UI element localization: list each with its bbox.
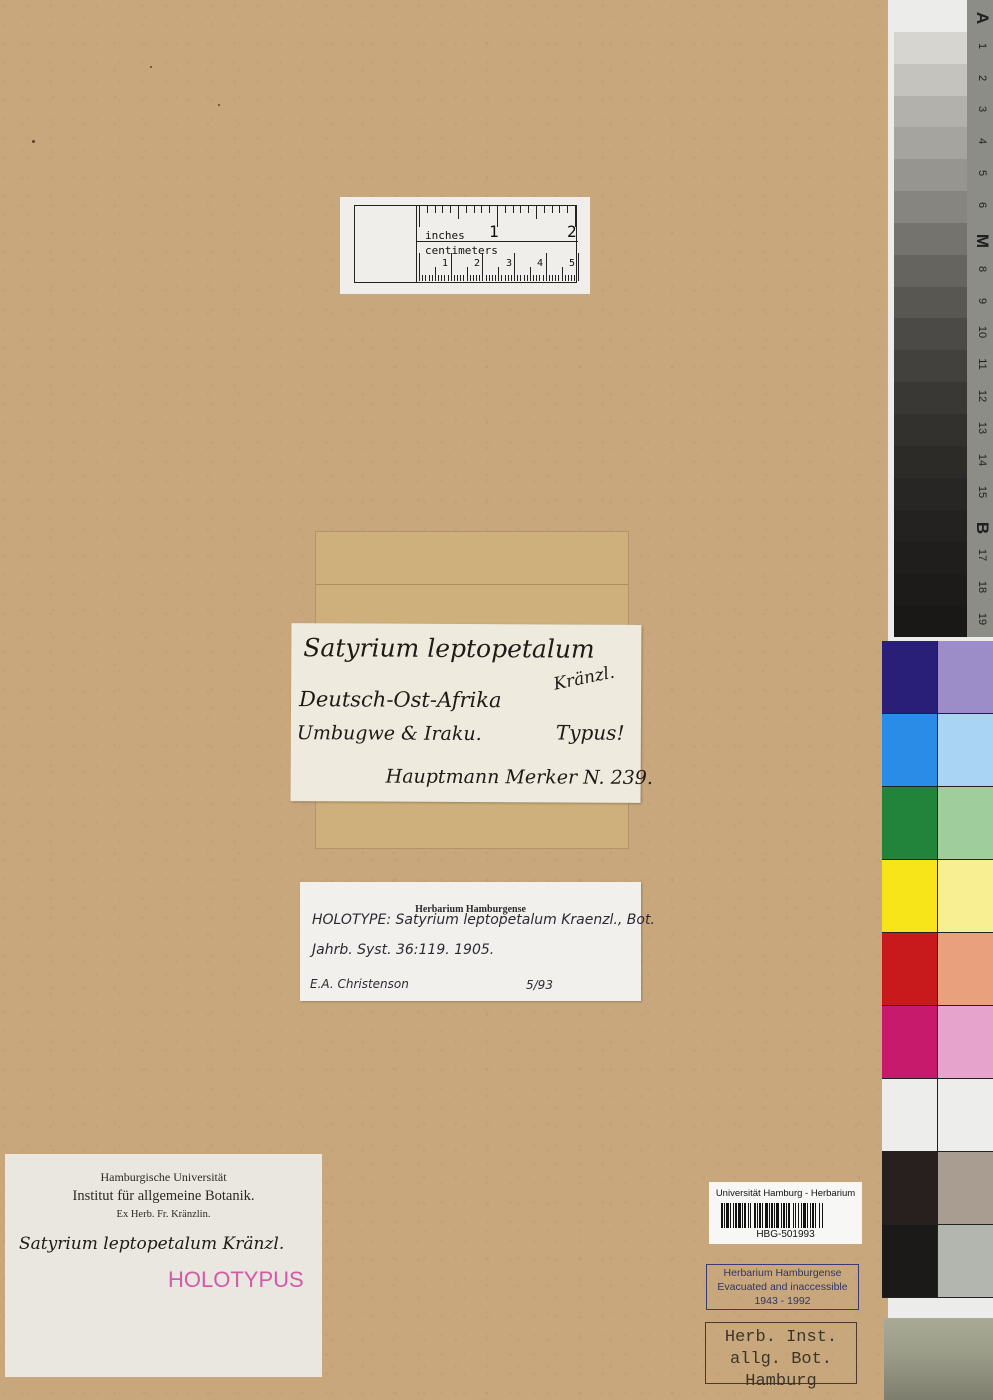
ruler-tick (450, 205, 451, 213)
ruler-tick (501, 275, 502, 281)
gray-step (894, 127, 967, 159)
gray-step (894, 191, 967, 223)
evac-line-2: Evacuated and inaccessible (707, 1280, 858, 1294)
ruler-tick (470, 275, 471, 281)
ruler-tick (435, 267, 436, 281)
ruler-tick (552, 205, 553, 213)
gray-step (894, 32, 967, 64)
color-patch-row (882, 1225, 993, 1298)
ruler-tick (463, 275, 464, 281)
color-patch-row (882, 860, 993, 933)
evac-line-1: Herbarium Hamburgense (707, 1266, 858, 1280)
ruler-tick (495, 275, 496, 281)
ruler-tick (460, 275, 461, 281)
ruler-tick (422, 275, 423, 281)
ruler-tick (467, 267, 468, 281)
ruler-tick (505, 275, 506, 281)
gray-step-label: 8 (976, 254, 988, 284)
cm-number: 4 (537, 258, 543, 269)
inst-stamp-line-2: Hamburg (706, 1371, 856, 1393)
ruler-tick (517, 275, 518, 281)
holotype-determination-label: Herbarium Hamburgense HOLOTYPE: Satyrium… (300, 882, 641, 1001)
ruler-tick (555, 275, 556, 281)
color-patch (938, 1152, 993, 1224)
typus-note: Typus! (556, 720, 625, 744)
ruler-tick (568, 275, 569, 281)
ruler-tick (432, 275, 433, 281)
color-patch (938, 1079, 993, 1151)
ruler-tick (442, 205, 443, 213)
color-patch-row (882, 641, 993, 714)
ruler-tick (466, 205, 467, 213)
barcode-bars (721, 1203, 849, 1228)
color-patch (938, 787, 993, 859)
institute-stamp: Herb. Inst. allg. Bot. Hamburg (705, 1322, 857, 1384)
ruler-tick (571, 275, 572, 281)
ruler-tick (578, 253, 579, 281)
gray-step (894, 510, 967, 542)
institute-taxon-handwritten: Satyrium leptopetalum Kränzl. (19, 1234, 284, 1254)
color-patch (882, 860, 938, 932)
evac-line-3: 1943 - 1992 (707, 1294, 858, 1308)
institute-label: Hamburgische Universität Institut für al… (5, 1154, 322, 1377)
color-patch-row (882, 933, 993, 1006)
det-line-2: Jahrb. Syst. 36:119. 1905. (312, 942, 494, 958)
gray-step (894, 64, 967, 96)
color-patch (882, 1079, 938, 1151)
gray-step-label: 5 (976, 158, 988, 188)
ruler-tick (527, 275, 528, 281)
gray-step (894, 478, 967, 510)
gray-step-label: 1 (976, 31, 988, 61)
ruler-tick (543, 275, 544, 281)
determiner-name: E.A. Christenson (310, 977, 409, 991)
cm-number: 2 (474, 258, 480, 269)
gray-step (894, 382, 967, 414)
institute-name: Institut für allgemeine Botanik. (5, 1188, 322, 1205)
det-date: 5/93 (526, 978, 553, 992)
holotypus-stamp: HOLOTYPUS (168, 1267, 304, 1293)
ruler-tick (520, 275, 521, 281)
ruler-tick (562, 267, 563, 281)
ruler-tick (533, 275, 534, 281)
ruler-tick (524, 275, 525, 281)
color-patch (938, 1225, 993, 1297)
ruler-tick (482, 253, 483, 281)
inch-number: 2 (567, 222, 577, 241)
evacuation-stamp: Herbarium Hamburgense Evacuated and inac… (706, 1264, 859, 1310)
ruler-tick (479, 275, 480, 281)
gray-step-label: A (972, 3, 992, 33)
ruler-tick (552, 275, 553, 281)
cm-number: 3 (506, 258, 512, 269)
barcode-number: HBG-501993 (709, 1229, 862, 1240)
gray-step-label: 15 (976, 477, 988, 507)
ruler-tick (559, 205, 560, 213)
ruler-tick (513, 205, 514, 213)
locality-country: Deutsch-Ost-Afrika (299, 687, 502, 712)
ruler-tick (558, 275, 559, 281)
ruler-tick (458, 205, 459, 219)
institute-university: Hamburgische Universität (5, 1170, 322, 1185)
inch-number: 1 (489, 222, 499, 241)
gray-step-label: 11 (976, 349, 988, 379)
color-patch (882, 1152, 938, 1224)
color-patch-row (882, 787, 993, 860)
ruler-tick (457, 275, 458, 281)
barcode-label: Universität Hamburg - Herbarium HBG-5019… (709, 1182, 862, 1244)
color-patch-row (882, 714, 993, 787)
ruler-frame: inches centimeters 1 2 1 2 3 4 5 (354, 205, 577, 283)
ruler-tick (539, 275, 540, 281)
ruler-tick (441, 275, 442, 281)
ruler-tick (474, 205, 475, 213)
gray-step (894, 446, 967, 478)
speck (218, 104, 220, 106)
gray-step (894, 159, 967, 191)
scale-ruler: inches centimeters 1 2 1 2 3 4 5 (340, 197, 590, 294)
inst-stamp-line-1: Herb. Inst. allg. Bot. (706, 1327, 856, 1371)
gray-step-label: 4 (976, 126, 988, 156)
gray-step (894, 255, 967, 287)
gray-step (894, 605, 967, 637)
ruler-tick (444, 275, 445, 281)
gray-step-label: 2 (976, 63, 988, 93)
ruler-tick (508, 275, 509, 281)
gray-scale-steps (894, 0, 967, 637)
ruler-tick (520, 205, 521, 213)
gray-step-label: 10 (976, 317, 988, 347)
color-patch-grid (882, 641, 993, 1298)
det-line-1: HOLOTYPE: Satyrium leptopetalum Kraenzl.… (312, 912, 655, 928)
ruler-tick (536, 275, 537, 281)
color-patch (938, 641, 993, 713)
ruler-tick (435, 205, 436, 213)
ruler-tick (451, 253, 452, 281)
color-patch (882, 1006, 938, 1078)
gray-step-label: B (972, 513, 992, 543)
ruler-tick (454, 275, 455, 281)
ruler-tick (574, 275, 575, 281)
barcode-title: Universität Hamburg - Herbarium (709, 1188, 862, 1199)
ruler-tick (425, 275, 426, 281)
ruler-tick (476, 275, 477, 281)
gray-step (894, 0, 967, 32)
original-collection-label: Satyrium leptopetalum Kränzl. Deutsch-Os… (291, 623, 642, 803)
cm-number: 5 (569, 258, 575, 269)
locality-region: Umbugwe & Iraku. (297, 722, 482, 745)
color-patch-row (882, 1079, 993, 1152)
gray-step (894, 96, 967, 128)
centimeters-label: centimeters (425, 244, 498, 257)
gray-step-label: 6 (976, 190, 988, 220)
ruler-tick (511, 275, 512, 281)
gray-step (894, 541, 967, 573)
color-patch (938, 933, 993, 1005)
gray-step (894, 318, 967, 350)
color-patch (938, 714, 993, 786)
institute-provenance: Ex Herb. Fr. Kränzlin. (5, 1209, 322, 1220)
inches-label: inches (425, 229, 465, 242)
gray-step-label: 12 (976, 381, 988, 411)
gray-step-label: 3 (976, 94, 988, 124)
ruler-tick (549, 275, 550, 281)
gray-step-label: 9 (976, 286, 988, 316)
ruler-tick (546, 253, 547, 281)
collector-number: Hauptmann Merker N. 239. (386, 766, 653, 789)
color-patch (938, 860, 993, 932)
gray-step-label: 14 (976, 445, 988, 475)
ruler-tick (448, 275, 449, 281)
color-patch (882, 1225, 938, 1297)
ruler-tick (427, 205, 428, 213)
ruler-tick (530, 267, 531, 281)
gray-step (894, 573, 967, 605)
ruler-tick (505, 205, 506, 213)
ruler-tick (565, 275, 566, 281)
ruler-tick (419, 253, 420, 281)
chart-shadow-area (884, 1318, 993, 1400)
color-patch (882, 641, 938, 713)
gray-step-label: 13 (976, 413, 988, 443)
ruler-tick (528, 205, 529, 213)
herbarium-sheet: inches centimeters 1 2 1 2 3 4 5 Satyriu… (0, 0, 884, 1400)
ruler-tick (419, 205, 420, 227)
gray-step (894, 414, 967, 446)
ruler-tick (489, 205, 490, 213)
gray-step (894, 223, 967, 255)
color-patch (882, 787, 938, 859)
color-patch (882, 933, 938, 1005)
ruler-scale: inches centimeters 1 2 1 2 3 4 5 (416, 205, 578, 283)
ruler-tick (473, 275, 474, 281)
speck (32, 140, 35, 143)
color-patch (938, 1006, 993, 1078)
ruler-tick (567, 205, 568, 213)
envelope-flap (316, 532, 628, 585)
ruler-tick (536, 205, 537, 219)
color-patch-row (882, 1006, 993, 1079)
ruler-tick (492, 275, 493, 281)
ruler-tick (429, 275, 430, 281)
taxon-author: Kränzl. (552, 663, 616, 695)
taxon-name: Satyrium leptopetalum (303, 633, 595, 664)
gray-step (894, 350, 967, 382)
speck (150, 66, 152, 68)
gray-step-label: 17 (976, 540, 988, 570)
gray-step-label: M (972, 226, 992, 256)
ruler-tick (544, 205, 545, 213)
gray-step (894, 287, 967, 319)
cm-number: 1 (442, 258, 448, 269)
gray-scale-labels: A123456M89101112131415B171819 (967, 0, 993, 637)
color-patch-row (882, 1152, 993, 1225)
ruler-tick (438, 275, 439, 281)
ruler-tick (498, 267, 499, 281)
ruler-tick (489, 275, 490, 281)
ruler-tick (514, 253, 515, 281)
ruler-tick (486, 275, 487, 281)
ruler-tick (481, 205, 482, 213)
gray-step-label: 18 (976, 572, 988, 602)
gray-step-label: 19 (976, 604, 988, 634)
color-patch (882, 714, 938, 786)
